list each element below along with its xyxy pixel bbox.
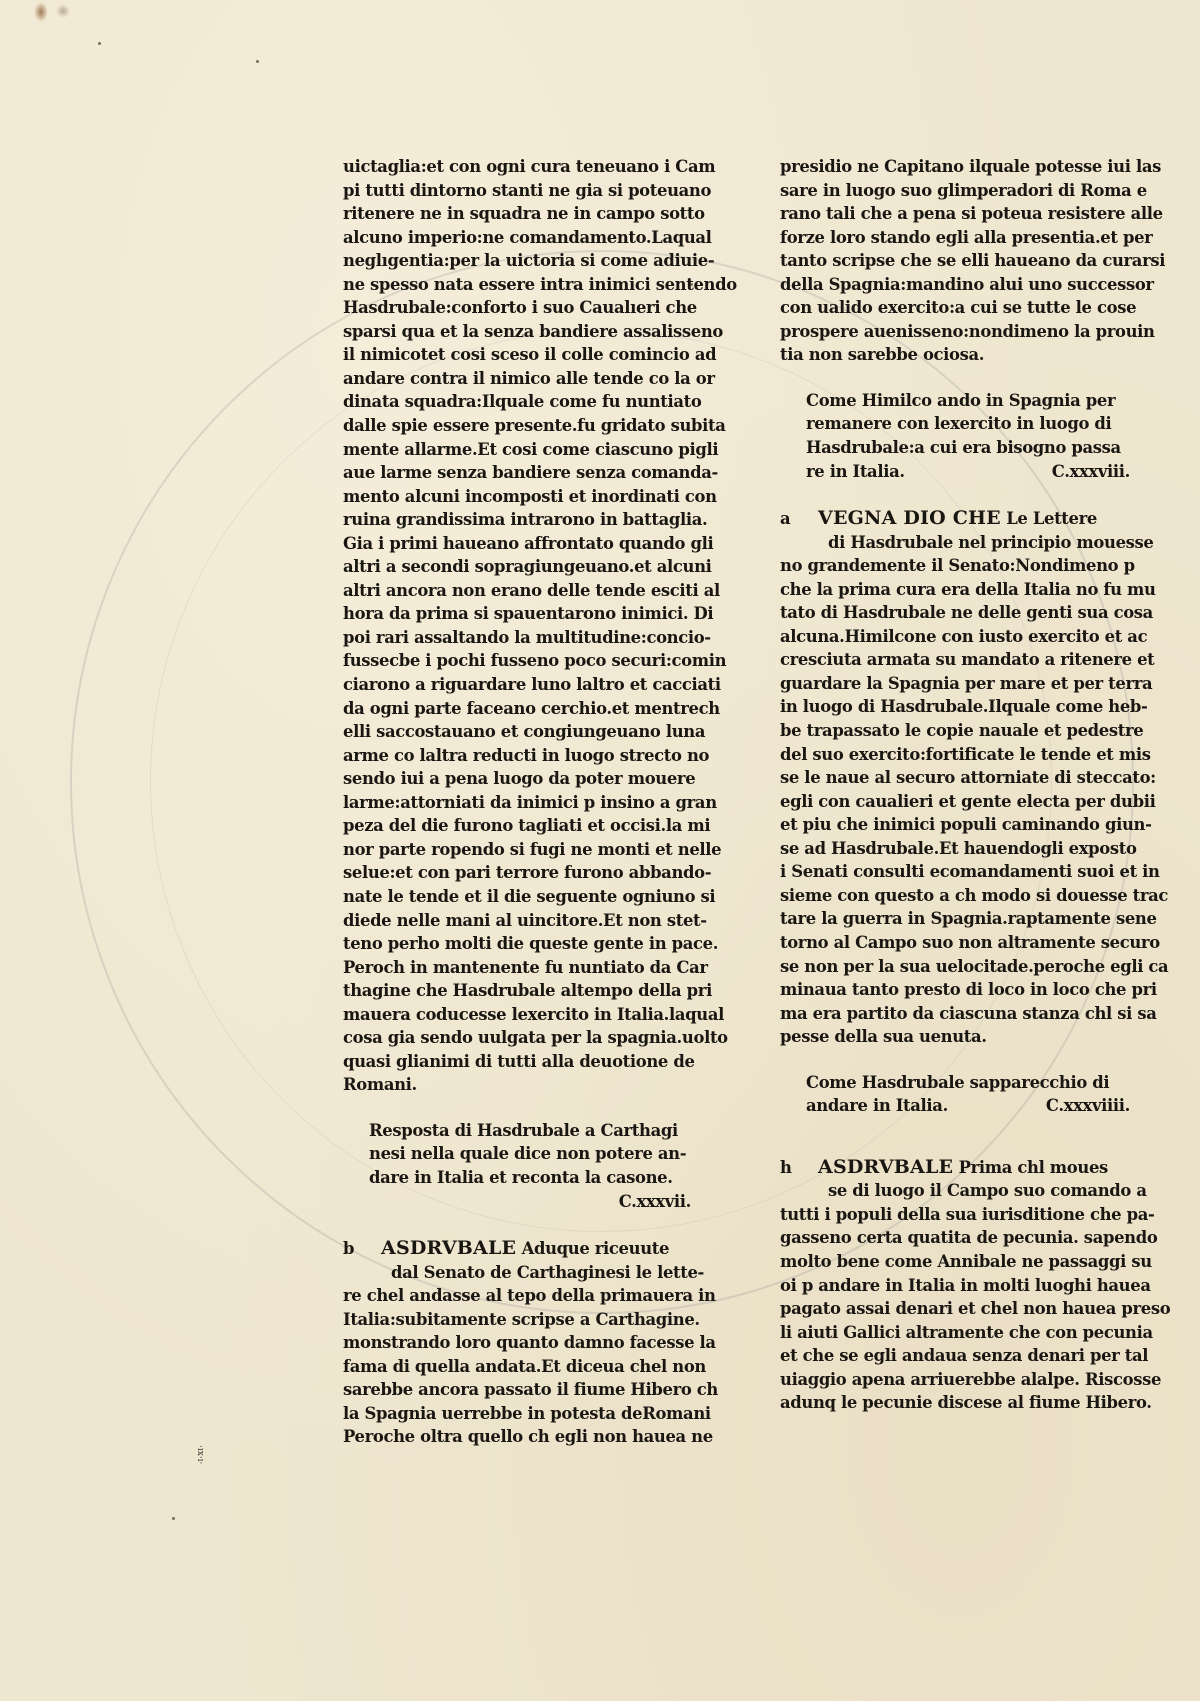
body-line: tare la guerra in Spagnia.raptamente sen…: [780, 907, 1132, 931]
body-line: uictaglia:et con ogni cura teneuano i Ca…: [343, 155, 695, 179]
body-line: tanto scripse che se elli haueano da cur…: [780, 249, 1132, 273]
body-line: Peroch in mantenente fu nuntiato da Car: [343, 956, 695, 980]
body-line: Hasdrubale:conforto i suo Caualıeri che: [343, 296, 695, 320]
opening-line: bASDRVBALE Aduque riceuute: [343, 1237, 695, 1261]
body-line: selue:et con pari terrore furono abbando…: [343, 861, 695, 885]
heading-last-line: re in Italia. C.xxxviii.: [806, 460, 1132, 484]
body-line: se di luogo il Campo suo comando a: [780, 1179, 1132, 1203]
body-line: i Senati consulti ecomandamenti suoi et …: [780, 860, 1132, 884]
body-line: ne spesso nata essere intra inimici sent…: [343, 273, 695, 297]
body-line: no grandemente il Senato:Nondimeno p: [780, 554, 1132, 578]
body-line: aue larme senza bandiere senza comanda-: [343, 461, 695, 485]
heading-line: Hasdrubale:a cui era bisogno passa: [806, 436, 1132, 460]
body-line: ritenere ne in squadra ne in campo sotto: [343, 202, 695, 226]
body-line: con ualido exercito:a cui se tutte le co…: [780, 296, 1132, 320]
guide-letter: h: [780, 1156, 818, 1180]
body-line: peza del die furono tagliati et occisi.l…: [343, 814, 695, 838]
paper-speck: [256, 60, 259, 63]
opening-capitals: ASDRVBALE: [381, 1237, 516, 1259]
body-line: fussecbe i pochi fusseno poco securi:com…: [343, 649, 695, 673]
chapter-heading-xxxviii: Come Himilco ando in Spagnia per remaner…: [780, 389, 1132, 483]
body-line: oi p andare in Italia in molti luoghi ha…: [780, 1274, 1132, 1298]
body-line: mento alcuni incomposti et inordinati co…: [343, 485, 695, 509]
body-line: tato di Hasdrubale ne delle genti sua co…: [780, 601, 1132, 625]
heading-last-line: andare in Italia. C.xxxviiii.: [806, 1094, 1132, 1118]
body-line: dinata squadra:Ilquale come fu nuntiato: [343, 390, 695, 414]
body-line: minaua tanto presto di loco in loco che …: [780, 978, 1132, 1002]
heading-line: Come Hasdrubale sapparecchio di: [806, 1071, 1132, 1095]
body-line: teno perho molti die queste gente in pac…: [343, 932, 695, 956]
chapter-body-lines: re chel andasse al tepo della primauera …: [343, 1284, 695, 1449]
chapter-heading-xxxviiii: Come Hasdrubale sapparecchio di andare i…: [780, 1071, 1132, 1118]
body-line: sendo iui a pena luogo da poter mouere: [343, 767, 695, 791]
body-line: se non per la sua uelocitade.peroche egl…: [780, 955, 1132, 979]
body-line: be trapassato le copie nauale et pedestr…: [780, 719, 1132, 743]
opening-capitals: ASDRVBALE: [818, 1156, 953, 1178]
body-line: Romani.: [343, 1073, 695, 1097]
opening-line: aVEGNA DIO CHE Le Lettere: [780, 507, 1132, 531]
chapter-body-xxxvii: bASDRVBALE Aduque riceuute dal Senato de…: [343, 1237, 695, 1449]
chapter-body-lines: tutti i populi della sua iurisditione ch…: [780, 1203, 1132, 1415]
guide-letter: b: [343, 1237, 381, 1261]
body-line: ruina grandissima intrarono in battaglia…: [343, 508, 695, 532]
body-line: altri a secondi sopragiungeuano.et alcun…: [343, 555, 695, 579]
chapter-number: C.xxxviiii.: [1046, 1094, 1132, 1118]
body-line: alcuno imperio:ne comandamento.Laqual: [343, 226, 695, 250]
body-line: sparsi qua et la senza bandiere assaliss…: [343, 320, 695, 344]
body-line: della Spagnia:mandino alui uno successor: [780, 273, 1132, 297]
left-body-text: uictaglia:et con ogni cura teneuano i Ca…: [343, 155, 695, 1097]
opening-capitals: VEGNA DIO CHE: [818, 507, 1001, 529]
body-line: del suo exercito:fortificate le tende et…: [780, 743, 1132, 767]
body-line: uiaggio apena arriuerebbe alalpe. Riscos…: [780, 1368, 1132, 1392]
body-line: monstrando loro quanto damno facesse la: [343, 1331, 695, 1355]
body-line: tia non sarebbe ociosa.: [780, 343, 1132, 367]
right-column: presidio ne Capitano ilquale potesse iui…: [780, 155, 1132, 1415]
body-line: tutti i populi della sua iurisditione ch…: [780, 1203, 1132, 1227]
left-column: uictaglia:et con ogni cura teneuano i Ca…: [343, 155, 695, 1449]
body-line: dal Senato de Carthaginesi le lette-: [343, 1261, 695, 1285]
body-line: se le naue al securo attorniate di stecc…: [780, 766, 1132, 790]
body-line: et piu che inimici populi caminando giun…: [780, 813, 1132, 837]
heading-line: nesi nella quale dice non potere an-: [369, 1142, 695, 1166]
body-line: hora da prima si spauentarono inimici. D…: [343, 602, 695, 626]
chapter-body-lines: no grandemente il Senato:Nondimeno pche …: [780, 554, 1132, 1048]
opening-line-rest: Aduque riceuute: [522, 1239, 669, 1258]
body-line: pesse della sua uenuta.: [780, 1025, 1132, 1049]
body-line: diede nelle mani al uincitore.Et non ste…: [343, 909, 695, 933]
body-line: alcuna.Himilcone con iusto exercito et a…: [780, 625, 1132, 649]
margin-marking: ·ıx·ı·: [196, 1445, 204, 1495]
body-line: sarebbe ancora passato il fiume Hibero c…: [343, 1378, 695, 1402]
heading-line: dare in Italia et reconta la casone.: [369, 1166, 695, 1190]
body-line: arme co laltra reducti in luogo strecto …: [343, 744, 695, 768]
body-line: Peroche oltra quello ch egli non hauea n…: [343, 1425, 695, 1449]
body-line: in luogo di Hasdrubale.Ilquale come heb-: [780, 695, 1132, 719]
body-line: pi tutti dintorno stanti ne gia si poteu…: [343, 179, 695, 203]
body-line: fama di quella andata.Et diceua chel non: [343, 1355, 695, 1379]
chapter-body-xxxviii: aVEGNA DIO CHE Le Lettere di Hasdrubale …: [780, 507, 1132, 1049]
scanned-page: ·ıx·ı· uictaglia:et con ogni cura teneua…: [0, 0, 1200, 1701]
body-line: torno al Campo suo non altramente securo: [780, 931, 1132, 955]
heading-line: re in Italia.: [806, 462, 905, 481]
body-line: che la prima cura era della Italia no fu…: [780, 578, 1132, 602]
body-line: elli saccostauano et congiungeuano luna: [343, 720, 695, 744]
body-line: thagine che Hasdrubale altempo della pri: [343, 979, 695, 1003]
opening-line-rest: Prima chl moues: [959, 1158, 1108, 1177]
ink-stain: [34, 2, 48, 22]
body-line: cresciuta armata su mandato a ritenere e…: [780, 648, 1132, 672]
body-line: mauera coducesse lexercito in Italia.laq…: [343, 1003, 695, 1027]
body-line: re chel andasse al tepo della primauera …: [343, 1284, 695, 1308]
body-line: neglıgentia:per la uictoria si come adiu…: [343, 249, 695, 273]
body-line: dalle spie essere presente.fu gridato su…: [343, 414, 695, 438]
opening-line: hASDRVBALE Prima chl moues: [780, 1156, 1132, 1180]
opening-line-rest: Le Lettere: [1006, 509, 1097, 528]
guide-letter: a: [780, 507, 818, 531]
body-line: rano tali che a pena si poteua resistere…: [780, 202, 1132, 226]
heading-line: andare in Italia.: [806, 1096, 948, 1115]
heading-line: Come Himilco ando in Spagnia per: [806, 389, 1132, 413]
chapter-number: C.xxxvii.: [369, 1190, 695, 1214]
body-line: quasi glianimi di tutti alla deuotione d…: [343, 1050, 695, 1074]
body-line: sieme con questo a ch modo si douesse tr…: [780, 884, 1132, 908]
body-line: li aiuti Gallici altramente che con pecu…: [780, 1321, 1132, 1345]
chapter-body-xxxviiii: hASDRVBALE Prima chl moues se di luogo i…: [780, 1156, 1132, 1415]
chapter-heading-xxxvii: Resposta di Hasdrubale a Carthagi nesi n…: [343, 1119, 695, 1213]
body-line: poi rari assaltando la multitudine:conci…: [343, 626, 695, 650]
paper-speck: [98, 42, 101, 45]
body-line: sare in luogo suo glimperadori di Roma e: [780, 179, 1132, 203]
chapter-number: C.xxxviii.: [1052, 460, 1132, 484]
body-line: altri ancora non erano delle tende escit…: [343, 579, 695, 603]
body-line: cosa gia sendo uulgata per la spagnia.uo…: [343, 1026, 695, 1050]
body-line: guardare la Spagnia per mare et per terr…: [780, 672, 1132, 696]
body-line: mente allarme.Et cosi come ciascuno pigl…: [343, 438, 695, 462]
body-line: adunq le pecunie discese al fiume Hibero…: [780, 1391, 1132, 1415]
body-line: di Hasdrubale nel principio mouesse: [780, 531, 1132, 555]
body-line: da ogni parte faceano cerchio.et mentrec…: [343, 697, 695, 721]
paper-speck: [172, 1517, 175, 1520]
heading-line: remanere con lexercito in luogo di: [806, 412, 1132, 436]
body-line: prospere auenisseno:nondimeno la prouin: [780, 320, 1132, 344]
body-line: larme:attorniati da inimici p insino a g…: [343, 791, 695, 815]
right-body-text: presidio ne Capitano ilquale potesse iui…: [780, 155, 1132, 367]
body-line: pagato assai denari et chel non hauea pr…: [780, 1297, 1132, 1321]
body-line: et che se egli andaua senza denari per t…: [780, 1344, 1132, 1368]
body-line: molto bene come Annibale ne passaggi su: [780, 1250, 1132, 1274]
body-line: andare contra il nimico alle tende co la…: [343, 367, 695, 391]
body-line: nor parte ropendo si fugi ne monti et ne…: [343, 838, 695, 862]
body-line: la Spagnia uerrebbe in potesta deRomani: [343, 1402, 695, 1426]
body-line: egli con caualieri et gente electa per d…: [780, 790, 1132, 814]
body-line: presidio ne Capitano ilquale potesse iui…: [780, 155, 1132, 179]
heading-line: Resposta di Hasdrubale a Carthagi: [369, 1119, 695, 1143]
body-line: il nimicotet cosi sceso il colle cominci…: [343, 343, 695, 367]
body-line: Italia:subitamente scripse a Carthagine.: [343, 1308, 695, 1332]
body-line: forze loro stando egli alla presentia.et…: [780, 226, 1132, 250]
body-line: gasseno certa quatita de pecunia. sapend…: [780, 1226, 1132, 1250]
body-line: ciarono a riguardare luno laltro et cacc…: [343, 673, 695, 697]
body-line: nate le tende et il die seguente ogniuno…: [343, 885, 695, 909]
body-line: se ad Hasdrubale.Et hauendogli exposto: [780, 837, 1132, 861]
body-line: ma era partito da ciascuna stanza chl si…: [780, 1002, 1132, 1026]
ink-stain-small: [56, 4, 70, 18]
body-line: Gia i primi haueano affrontato quando gl…: [343, 532, 695, 556]
